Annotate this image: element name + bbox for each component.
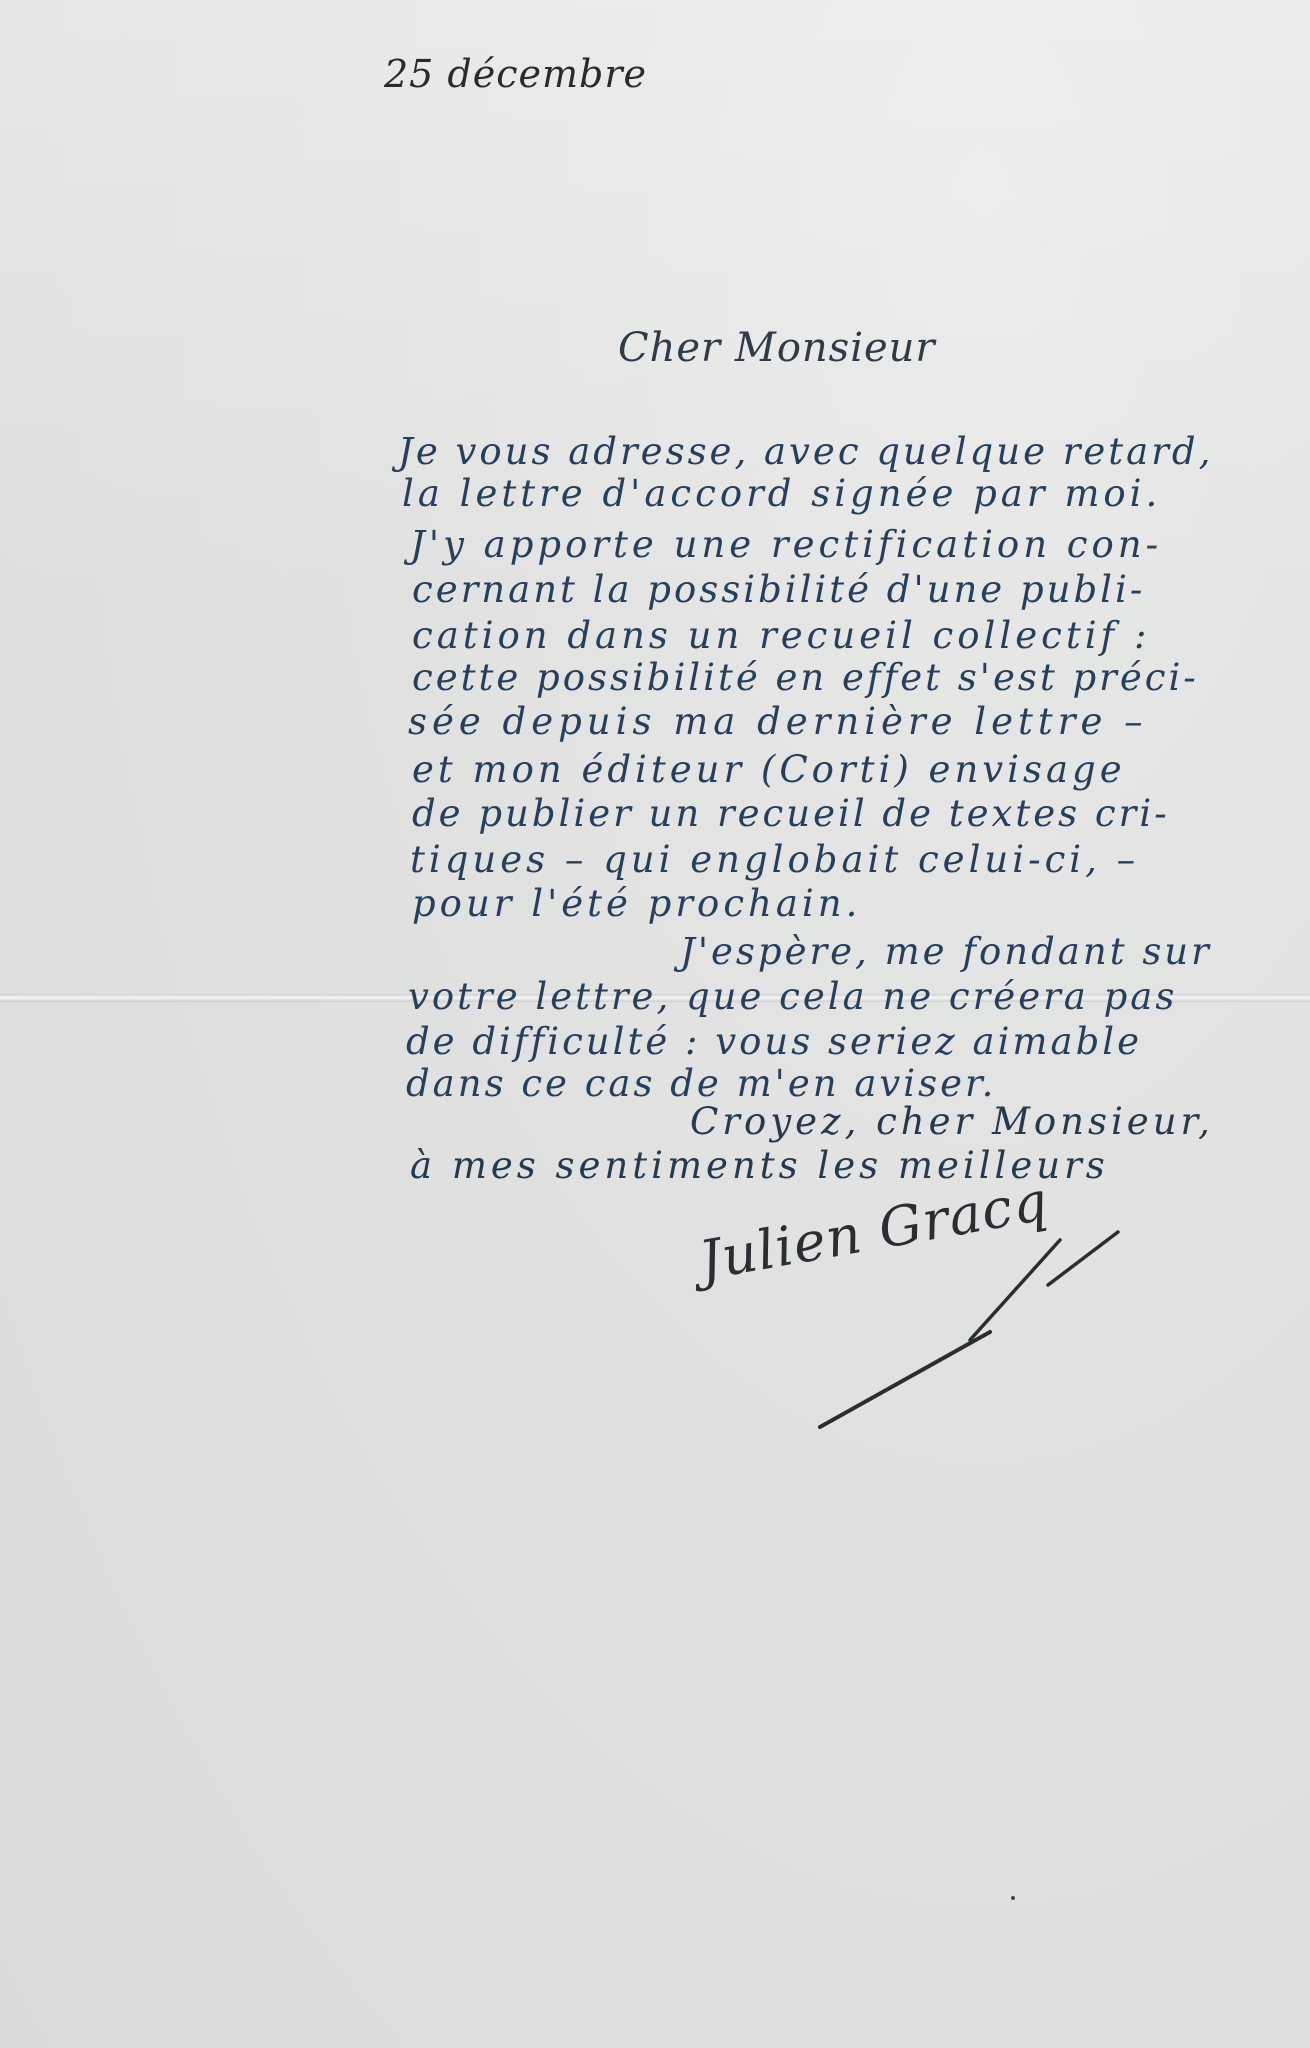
letter-date: 25 décembre — [384, 52, 647, 96]
body-line: J'y apporte une rectification con- — [410, 523, 1162, 566]
body-line: Je vous adresse, avec quelque retard, — [398, 430, 1213, 473]
body-line: tiques – qui englobait celui-ci, – — [410, 838, 1139, 881]
body-line: cation dans un recueil collectif : — [412, 614, 1150, 657]
paragraph2-line: dans ce cas de m'en aviser. — [406, 1062, 996, 1105]
body-line: cernant la possibilité d'une publi- — [412, 568, 1145, 611]
paragraph2-line: J'espère, me fondant sur — [680, 930, 1212, 973]
signature-flourish — [800, 1220, 1140, 1440]
body-line: cette possibilité en effet s'est préci- — [412, 656, 1199, 699]
body-line: pour l'été prochain. — [412, 882, 861, 925]
ink-speck — [1011, 1896, 1015, 1900]
closing-line: Croyez, cher Monsieur, — [690, 1100, 1214, 1143]
body-line: de publier un recueil de textes cri- — [412, 792, 1170, 835]
paragraph2-line: votre lettre, que cela ne créera pas — [408, 975, 1177, 1018]
paragraph2-line: de difficulté : vous seriez aimable — [406, 1020, 1142, 1063]
body-line: sée depuis ma dernière lettre – — [408, 700, 1148, 743]
body-line: et mon éditeur (Corti) envisage — [412, 748, 1126, 791]
body-line: la lettre d'accord signée par moi. — [402, 472, 1161, 515]
letter-salutation: Cher Monsieur — [618, 325, 936, 371]
letter-paper: 25 décembre Cher Monsieur Je vous adress… — [0, 0, 1310, 2048]
